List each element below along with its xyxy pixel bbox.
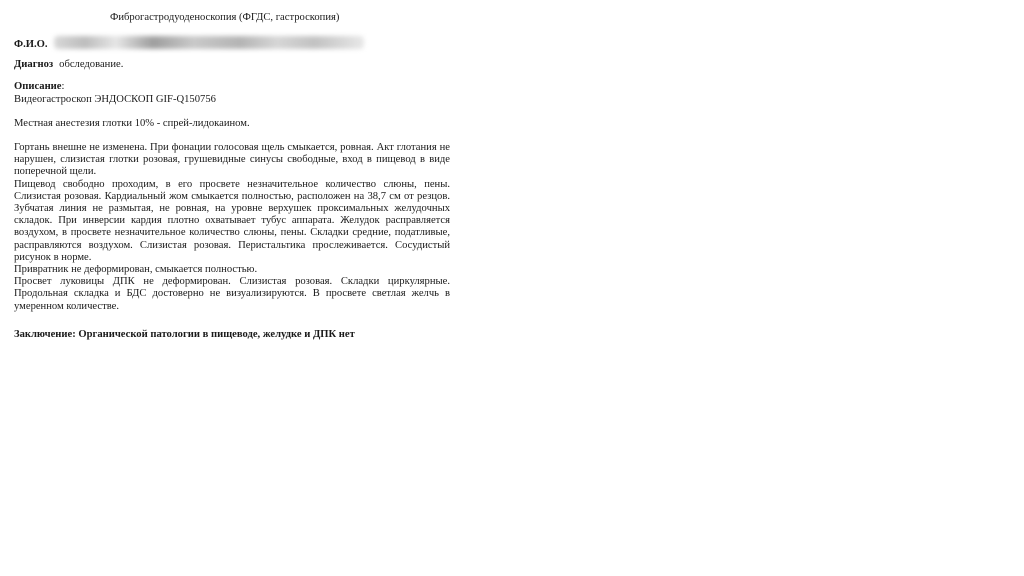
description-colon: : [62, 81, 65, 92]
description-label: Описание [14, 81, 62, 92]
conclusion: Заключение: Органической патологии в пищ… [14, 329, 355, 341]
diagnosis-label: Диагноз [14, 59, 53, 70]
diagnosis-value: обследование. [59, 59, 123, 70]
findings-text: Гортань внешне не изменена. При фонации … [14, 142, 450, 313]
instrument-line: Видеогастроскоп ЭНДОСКОП GIF-Q150756 [14, 94, 216, 106]
patient-name-label: Ф.И.О. [14, 39, 48, 50]
esophagus-stomach-paragraph: Пищевод свободно проходим, в его просвет… [14, 179, 450, 264]
larynx-paragraph: Гортань внешне не изменена. При фонации … [14, 142, 450, 179]
pylorus-paragraph: Привратник не деформирован, смыкается по… [14, 264, 450, 276]
description-heading: Описание: [14, 81, 64, 93]
duodenum-paragraph: Просвет луковицы ДПК не деформирован. Сл… [14, 276, 450, 313]
patient-name-row: Ф.И.О. [14, 36, 364, 51]
patient-name-redacted [54, 36, 364, 49]
anesthesia-line: Местная анестезия глотки 10% - спрей-лид… [14, 118, 250, 130]
report-title: Фиброгастродуоденоскопия (ФГДС, гастроск… [110, 12, 339, 24]
diagnosis-row: Диагнозобследование. [14, 59, 123, 71]
